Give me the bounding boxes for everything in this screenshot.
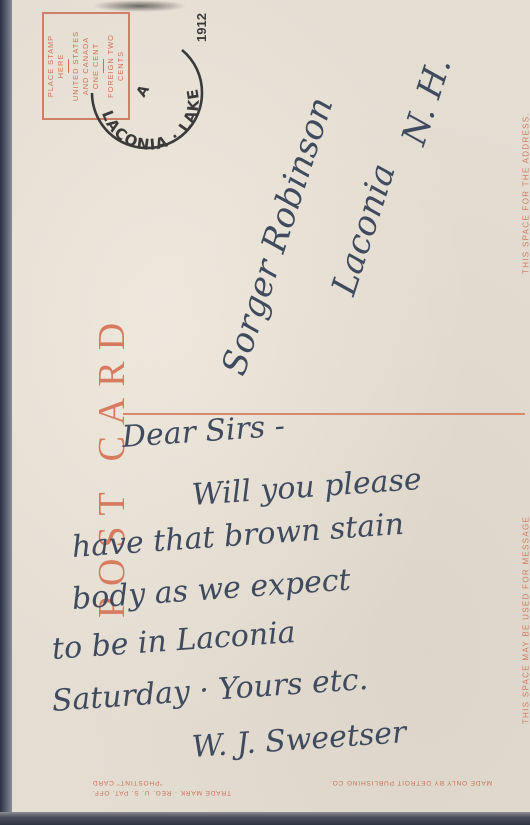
address-state: N. H. <box>394 52 460 150</box>
address-space-label: THIS SPACE FOR THE ADDRESS. <box>519 80 530 305</box>
publisher-text: MADE ONLY BY DETROIT PUBLISHING CO. <box>329 779 492 786</box>
postmark-smudge <box>92 0 187 12</box>
publisher-credit: TRADE MARK · REG. U. S. PAT. OFF. "PHOST… <box>92 770 492 796</box>
postcard-back: PLACE STAMP HERE UNITED STATES AND CANAD… <box>12 0 530 813</box>
address-name: Sorger Robinson <box>214 92 341 380</box>
message-space-label: THIS SPACE MAY BE USED FOR MESSAGE <box>519 480 530 760</box>
post-card-title-text: POST CARD <box>90 312 134 618</box>
message-line: Will you please <box>191 462 423 513</box>
stamp-line: HERE <box>56 54 66 79</box>
signature: W. J. Sweetser <box>191 715 408 765</box>
message-line: Dear Sirs - <box>121 409 286 455</box>
address-city: Laconia <box>324 159 404 300</box>
postmark-year: 1912 <box>194 13 209 42</box>
scan-edge-left <box>0 0 12 825</box>
trademark-text: TRADE MARK · REG. U. S. PAT. OFF. <box>92 789 231 796</box>
message-space-label-text: THIS SPACE MAY BE USED FOR MESSAGE <box>522 516 530 724</box>
address-space-label-text: THIS SPACE FOR THE ADDRESS. <box>522 112 530 274</box>
card-name-text: "PHOSTINT" CARD <box>92 779 163 786</box>
post-card-title: POST CARD <box>92 240 132 690</box>
stamp-line: PLACE STAMP <box>46 35 56 97</box>
stamp-divider <box>68 59 69 73</box>
postmark-center-text: A <box>134 82 153 100</box>
message-line: to be in Laconia <box>51 615 297 667</box>
scan-edge-bottom <box>0 812 530 825</box>
